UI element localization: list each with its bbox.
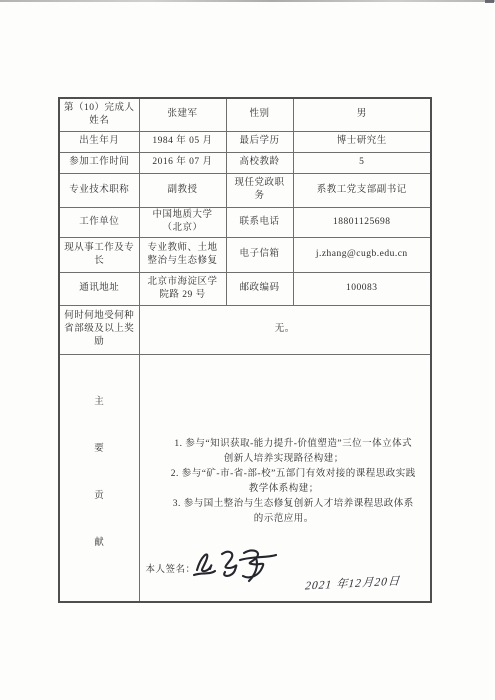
table-row: 专业技术职称 副教授 现任党政职务 系教工党支部副书记 — [59, 173, 431, 207]
field-label-phone: 联系电话 — [226, 207, 293, 237]
scanned-form-page: 第（10）完成人姓名 张建军 性别 男 出生年月 1984 年 05 月 最后学… — [0, 0, 495, 700]
field-value-email: j.zhang@cugb.edu.cn — [293, 237, 431, 272]
field-label-postal-code: 邮政编码 — [226, 272, 293, 305]
signature-block: 本人签名： 2021 年12月20日 — [146, 545, 427, 595]
field-label-email: 电子信箱 — [226, 237, 293, 272]
table-row: 工作单位 中国地质大学（北京） 联系电话 18801125698 — [59, 207, 431, 237]
handwritten-signature — [192, 545, 280, 583]
field-value-final-degree: 博士研究生 — [293, 131, 431, 152]
field-value-professional-title: 副教授 — [139, 173, 226, 207]
table-row: 主 要 贡 献 1. 参与“知识获取-能力提升-价值塑造”三位一体立体式创新人培… — [59, 354, 431, 602]
field-label-main-contributions: 主 要 贡 献 — [59, 354, 139, 602]
field-label-professional-title: 专业技术职称 — [59, 173, 139, 207]
field-value-current-work: 专业教师、土地整治与生态修复 — [139, 237, 226, 272]
table-row: 何时何地受何种省部级及以上奖励 无。 — [59, 305, 431, 354]
contributions-text: 1. 参与“知识获取-能力提升-价值塑造”三位一体立体式创新人培养实现路径构建；… — [144, 429, 427, 527]
field-value-awards: 无。 — [139, 305, 431, 354]
field-value-completer-name: 张建军 — [139, 98, 226, 131]
signature-label: 本人签名： — [146, 564, 196, 577]
field-label-employer: 工作单位 — [59, 207, 139, 237]
field-label-awards: 何时何地受何种省部级及以上奖励 — [59, 305, 139, 354]
field-label-completer-name: 第（10）完成人姓名 — [59, 98, 139, 131]
field-value-postal-code: 100083 — [293, 272, 431, 305]
table-row: 现从事工作及专长 专业教师、土地整治与生态修复 电子信箱 j.zhang@cug… — [59, 237, 431, 272]
field-label-party-position: 现任党政职务 — [226, 173, 293, 207]
table-row: 出生年月 1984 年 05 月 最后学历 博士研究生 — [59, 131, 431, 152]
field-value-gender: 男 — [293, 98, 431, 131]
vertical-label-char: 主 — [94, 396, 104, 409]
field-label-current-work: 现从事工作及专长 — [59, 237, 139, 272]
contribution-item: 2. 参与“矿-市-省-部-校”五部门有效对接的课程思政实践教学体系构建； — [152, 467, 417, 497]
field-label-final-degree: 最后学历 — [226, 131, 293, 152]
contribution-item: 3. 参与国土整治与生态修复创新人才培养课程思政体系的示范应用。 — [152, 497, 417, 527]
field-label-gender: 性别 — [226, 98, 293, 131]
field-value-employer: 中国地质大学（北京） — [139, 207, 226, 237]
vertical-label-char: 献 — [94, 537, 104, 550]
field-label-birth-date: 出生年月 — [59, 131, 139, 152]
table-row: 第（10）完成人姓名 张建军 性别 男 — [59, 98, 431, 131]
vertical-label-char: 贡 — [94, 490, 104, 503]
scan-artifact-corner-mark — [485, 0, 494, 3]
table-row: 参加工作时间 2016 年 07 月 高校教龄 5 — [59, 152, 431, 173]
scan-artifact-top-line — [0, 0, 495, 2]
field-value-teaching-years: 5 — [293, 152, 431, 173]
field-value-birth-date: 1984 年 05 月 — [139, 131, 226, 152]
field-value-mailing-address: 北京市海淀区学院路 29 号 — [139, 272, 226, 305]
field-label-mailing-address: 通讯地址 — [59, 272, 139, 305]
table-row: 通讯地址 北京市海淀区学院路 29 号 邮政编码 100083 — [59, 272, 431, 305]
field-value-work-start: 2016 年 07 月 — [139, 152, 226, 173]
field-value-party-position: 系教工党支部副书记 — [293, 173, 431, 207]
handwritten-date: 2021 年12月20日 — [304, 575, 401, 596]
completer-info-table: 第（10）完成人姓名 张建军 性别 男 出生年月 1984 年 05 月 最后学… — [58, 97, 432, 603]
field-value-phone: 18801125698 — [293, 207, 431, 237]
field-label-teaching-years: 高校教龄 — [226, 152, 293, 173]
field-value-main-contributions: 1. 参与“知识获取-能力提升-价值塑造”三位一体立体式创新人培养实现路径构建；… — [139, 354, 431, 602]
vertical-label-char: 要 — [94, 443, 104, 456]
contribution-item: 1. 参与“知识获取-能力提升-价值塑造”三位一体立体式创新人培养实现路径构建； — [152, 437, 417, 467]
vertical-label-main-contributions: 主 要 贡 献 — [64, 382, 135, 573]
field-label-work-start: 参加工作时间 — [59, 152, 139, 173]
